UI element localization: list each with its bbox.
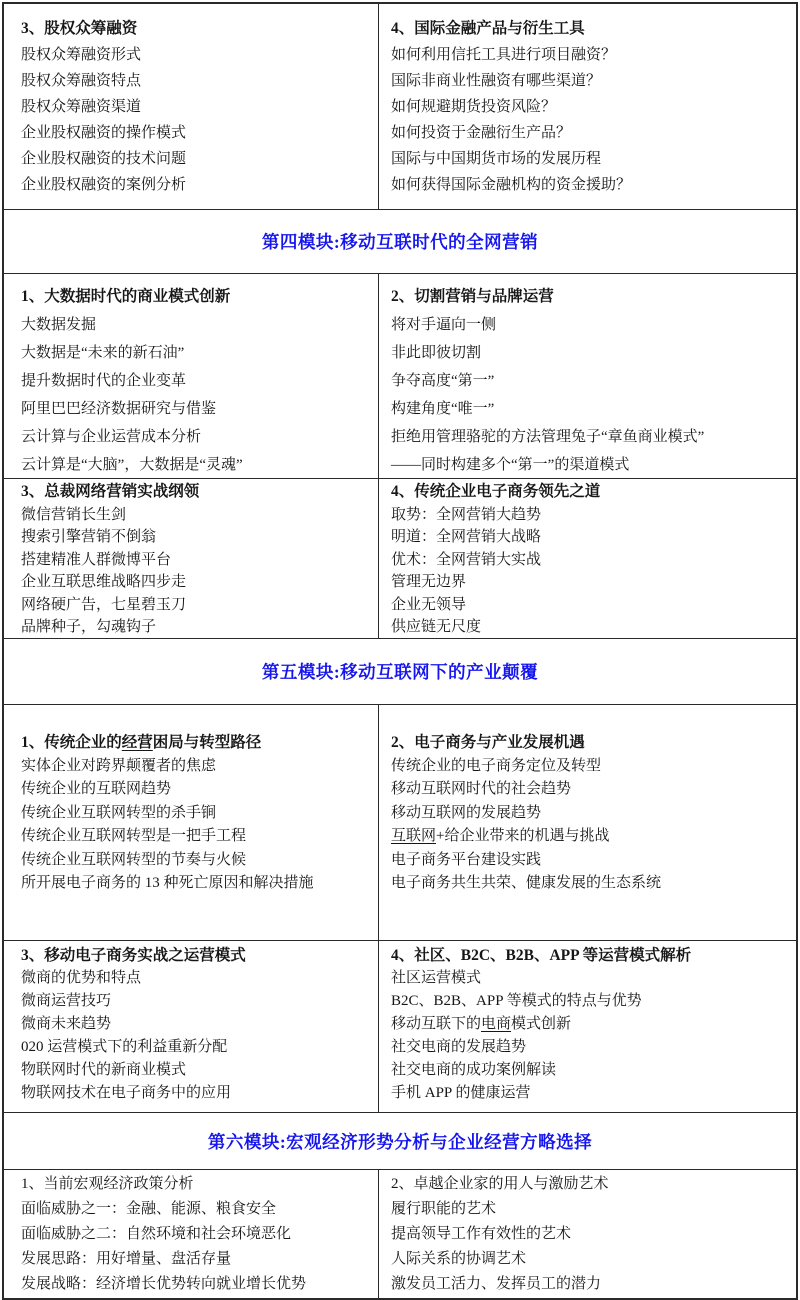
topic-item: B2C、B2B、APP 等模式的特点与优势 [391, 990, 790, 1013]
topic-item: 面临威胁之二：自然环境和社会环境恶化 [21, 1222, 372, 1247]
cell-title: 3、移动电子商务实战之运营模式 [21, 944, 372, 967]
outline-cell: 4、国际金融产品与衍生工具 如何利用信托工具进行项目融资？ 国际非商业性融资有哪… [379, 4, 796, 209]
topic-item: 阿里巴巴经济数据研究与借鉴 [21, 395, 372, 423]
module-header: 第五模块:移动互联网下的产业颠覆 [4, 639, 796, 705]
cell-title: 3、股权众筹融资 [21, 16, 372, 42]
cell-title: 2、切割营销与品牌运营 [391, 283, 790, 311]
module-row: 1、大数据时代的商业模式创新 大数据发掘 大数据是“未来的新石油” 提升数据时代… [4, 274, 796, 479]
cell-title: 2、电子商务与产业发展机遇 [391, 731, 790, 755]
topic-item: 微商的优势和特点 [21, 967, 372, 990]
topic-item: 社交电商的成功案例解读 [391, 1059, 790, 1082]
outline-cell: 1、传统企业的经营困局与转型路径 实体企业对跨界颠覆者的焦虑 传统企业的互联网趋… [4, 705, 379, 940]
module-header-text: 第五模块:移动互联网下的产业颠覆 [262, 659, 538, 684]
outline-cell: 4、社区、B2C、B2B、APP 等运营模式解析 社区运营模式 B2C、B2B、… [379, 941, 796, 1112]
cell-title: 4、传统企业电子商务领先之道 [391, 481, 790, 504]
topic-item: 网络硬广告，七星碧玉刀 [21, 594, 372, 617]
topic-item: 取势：全网营销大趋势 [391, 504, 790, 527]
topic-item: 搭建精准人群微博平台 [21, 549, 372, 572]
module-row: 3、移动电子商务实战之运营模式 微商的优势和特点 微商运营技巧 微商未来趋势 0… [4, 941, 796, 1113]
outline-cell: 3、移动电子商务实战之运营模式 微商的优势和特点 微商运营技巧 微商未来趋势 0… [4, 941, 379, 1112]
topic-item: 如何利用信托工具进行项目融资？ [391, 42, 790, 68]
topic-item: 管理无边界 [391, 571, 790, 594]
topic-item: 社交电商的发展趋势 [391, 1036, 790, 1059]
topic-item: 传统企业互联网转型的杀手锏 [21, 802, 372, 826]
topic-item: 如何投资于金融衍生产品？ [391, 120, 790, 146]
cell-title: 2、卓越企业家的用人与激励艺术 [391, 1172, 790, 1197]
cell-title: 4、社区、B2C、B2B、APP 等运营模式解析 [391, 944, 790, 967]
topic-item: 提高领导工作有效性的艺术 [391, 1222, 790, 1247]
course-outline-table: 3、股权众筹融资 股权众筹融资形式 股权众筹融资特点 股权众筹融资渠道 企业股权… [2, 2, 798, 1300]
module-header-text: 第四模块:移动互联时代的全网营销 [262, 229, 538, 254]
topic-item: 激发员工活力、发挥员工的潜力 [391, 1272, 790, 1297]
topic-item: 电子商务共生共荣、健康发展的生态系统 [391, 872, 790, 896]
outline-cell: 2、电子商务与产业发展机遇 传统企业的电子商务定位及转型 移动互联网时代的社会趋… [379, 705, 796, 940]
topic-item: 企业股权融资的案例分析 [21, 172, 372, 198]
cell-title: 3、总裁网络营销实战纲领 [21, 481, 372, 504]
topic-item: 微商运营技巧 [21, 990, 372, 1013]
topic-item: 传统企业的电子商务定位及转型 [391, 755, 790, 779]
topic-item: 品牌种子，勾魂钩子 [21, 616, 372, 638]
topic-item: 企业股权融资的操作模式 [21, 120, 372, 146]
topic-item: 手机 APP 的健康运营 [391, 1082, 790, 1105]
outline-cell: 3、总裁网络营销实战纲领 微信营销长生剑 搜索引擎营销不倒翁 搭建精准人群微博平… [4, 479, 379, 638]
topic-item: 物联网技术在电子商务中的应用 [21, 1082, 372, 1105]
topic-item: 股权众筹融资形式 [21, 42, 372, 68]
topic-item: 电子商务平台建设实践 [391, 849, 790, 873]
topic-item: 物联网时代的新商业模式 [21, 1059, 372, 1082]
topic-item: 传统企业互联网转型是一把手工程 [21, 825, 372, 849]
cell-title: 1、当前宏观经济政策分析 [21, 1172, 372, 1197]
module-header: 第六模块:宏观经济形势分析与企业经营方略选择 [4, 1113, 796, 1170]
topic-item: 股权众筹融资渠道 [21, 94, 372, 120]
topic-item: 提升数据时代的企业变革 [21, 367, 372, 395]
topic-item: 大数据发掘 [21, 311, 372, 339]
outline-cell: 1、大数据时代的商业模式创新 大数据发掘 大数据是“未来的新石油” 提升数据时代… [4, 274, 379, 478]
topic-item: 互联网+给企业带来的机遇与挑战 [391, 825, 790, 849]
topic-item: 移动互联网的发展趋势 [391, 802, 790, 826]
topic-item: 传统企业的互联网趋势 [21, 778, 372, 802]
module-row: 3、总裁网络营销实战纲领 微信营销长生剑 搜索引擎营销不倒翁 搭建精准人群微博平… [4, 479, 796, 639]
topic-item: 拒绝用管理骆驼的方法管理兔子“章鱼商业模式” [391, 423, 790, 451]
cell-title: 1、大数据时代的商业模式创新 [21, 283, 372, 311]
topic-item: 争夺高度“第一” [391, 367, 790, 395]
topic-item: 实体企业对跨界颠覆者的焦虑 [21, 755, 372, 779]
topic-item: 优术：全网营销大实战 [391, 549, 790, 572]
outline-cell: 2、切割营销与品牌运营 将对手逼向一侧 非此即彼切割 争夺高度“第一” 构建角度… [379, 274, 796, 478]
topic-item: 供应链无尺度 [391, 616, 790, 638]
cell-title: 4、国际金融产品与衍生工具 [391, 16, 790, 42]
outline-cell: 4、传统企业电子商务领先之道 取势：全网营销大趋势 明道：全网营销大战略 优术：… [379, 479, 796, 638]
topic-item: 企业无领导 [391, 594, 790, 617]
topic-item: 国际非商业性融资有哪些渠道？ [391, 68, 790, 94]
topic-item: 履行职能的艺术 [391, 1197, 790, 1222]
topic-item: 微信营销长生剑 [21, 504, 372, 527]
topic-item: 发展思路：用好增量、盘活存量 [21, 1247, 372, 1272]
cell-title: 1、传统企业的经营困局与转型路径 [21, 731, 372, 755]
outline-cell: 2、卓越企业家的用人与激励艺术 履行职能的艺术 提高领导工作有效性的艺术 人际关… [379, 1170, 796, 1298]
outline-cell: 1、当前宏观经济政策分析 面临威胁之一：金融、能源、粮食安全 面临威胁之二：自然… [4, 1170, 379, 1298]
topic-item: 社区运营模式 [391, 967, 790, 990]
topic-item: 移动互联下的电商模式创新 [391, 1013, 790, 1036]
topic-item: 构建角度“唯一” [391, 395, 790, 423]
module-row: 3、股权众筹融资 股权众筹融资形式 股权众筹融资特点 股权众筹融资渠道 企业股权… [4, 4, 796, 210]
topic-item: 面临威胁之一：金融、能源、粮食安全 [21, 1197, 372, 1222]
module-row: 1、传统企业的经营困局与转型路径 实体企业对跨界颠覆者的焦虑 传统企业的互联网趋… [4, 705, 796, 941]
topic-item: 搜索引擎营销不倒翁 [21, 526, 372, 549]
topic-item: 移动互联网时代的社会趋势 [391, 778, 790, 802]
topic-item: 企业股权融资的技术问题 [21, 146, 372, 172]
topic-item: 人际关系的协调艺术 [391, 1247, 790, 1272]
topic-item: 如何规避期货投资风险？ [391, 94, 790, 120]
topic-item: 微商未来趋势 [21, 1013, 372, 1036]
module-header: 第四模块:移动互联时代的全网营销 [4, 210, 796, 274]
topic-item: 非此即彼切割 [391, 339, 790, 367]
outline-cell: 3、股权众筹融资 股权众筹融资形式 股权众筹融资特点 股权众筹融资渠道 企业股权… [4, 4, 379, 209]
topic-item: 将对手逼向一侧 [391, 311, 790, 339]
topic-item: 大数据是“未来的新石油” [21, 339, 372, 367]
topic-item: 020 运营模式下的利益重新分配 [21, 1036, 372, 1059]
topic-item: 企业互联思维战略四步走 [21, 571, 372, 594]
topic-item: ——同时构建多个“第一”的渠道模式 [391, 451, 790, 478]
topic-item: 国际与中国期货市场的发展历程 [391, 146, 790, 172]
topic-item: 云计算与企业运营成本分析 [21, 423, 372, 451]
topic-item: 发展战略：经济增长优势转向就业增长优势 [21, 1272, 372, 1297]
module-header-text: 第六模块:宏观经济形势分析与企业经营方略选择 [208, 1129, 592, 1154]
topic-item: 传统企业互联网转型的节奏与火候 [21, 849, 372, 873]
topic-item: 云计算是“大脑”，大数据是“灵魂” [21, 451, 372, 478]
topic-item: 明道：全网营销大战略 [391, 526, 790, 549]
topic-item: 如何获得国际金融机构的资金援助？ [391, 172, 790, 198]
topic-item: 所开展电子商务的 13 种死亡原因和解决措施 [21, 872, 372, 896]
module-row: 1、当前宏观经济政策分析 面临威胁之一：金融、能源、粮食安全 面临威胁之二：自然… [4, 1170, 796, 1298]
topic-item: 股权众筹融资特点 [21, 68, 372, 94]
